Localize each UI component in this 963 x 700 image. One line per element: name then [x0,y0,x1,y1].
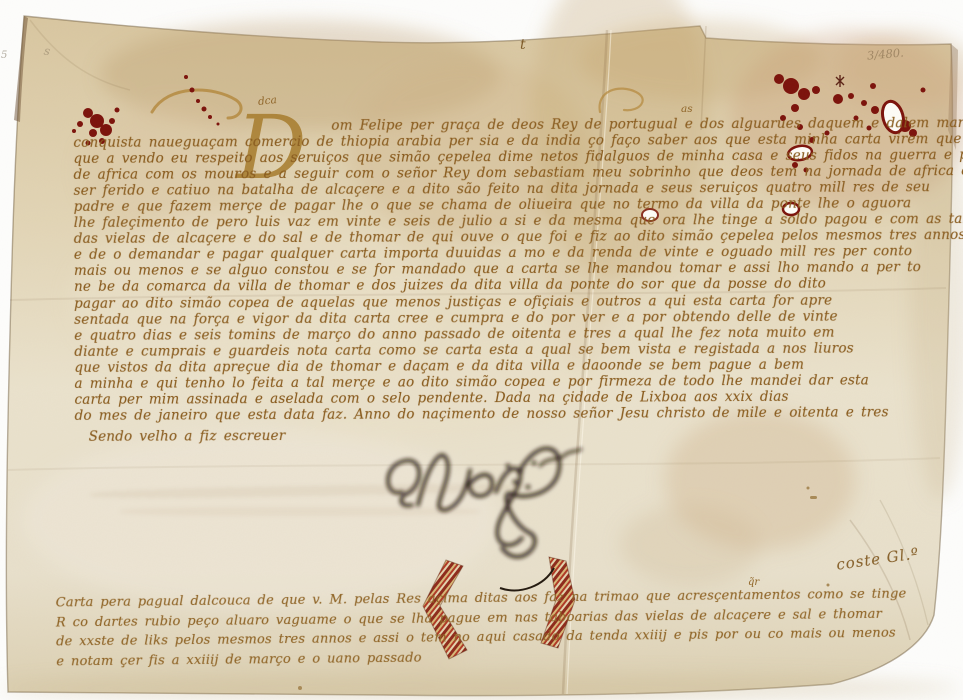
edge-mark: 5 [1,50,7,61]
interlinear-insertion: dca [257,94,277,108]
archival-mark-t: t [520,37,526,53]
verso-showthrough [120,507,480,516]
docket-text-block: Carta pera pagual dalcouca de que v. M. … [56,585,905,672]
manuscript-text-block: om Felipe per graça de deos Rey de portu… [73,115,952,445]
interlinear-insertion: as [681,103,693,115]
docket-superscript: q̃r [748,577,759,588]
scanned-parchment-document: D [0,0,963,700]
manuscript-line: do mes de janeiro que esta data faz. Ann… [75,404,953,424]
